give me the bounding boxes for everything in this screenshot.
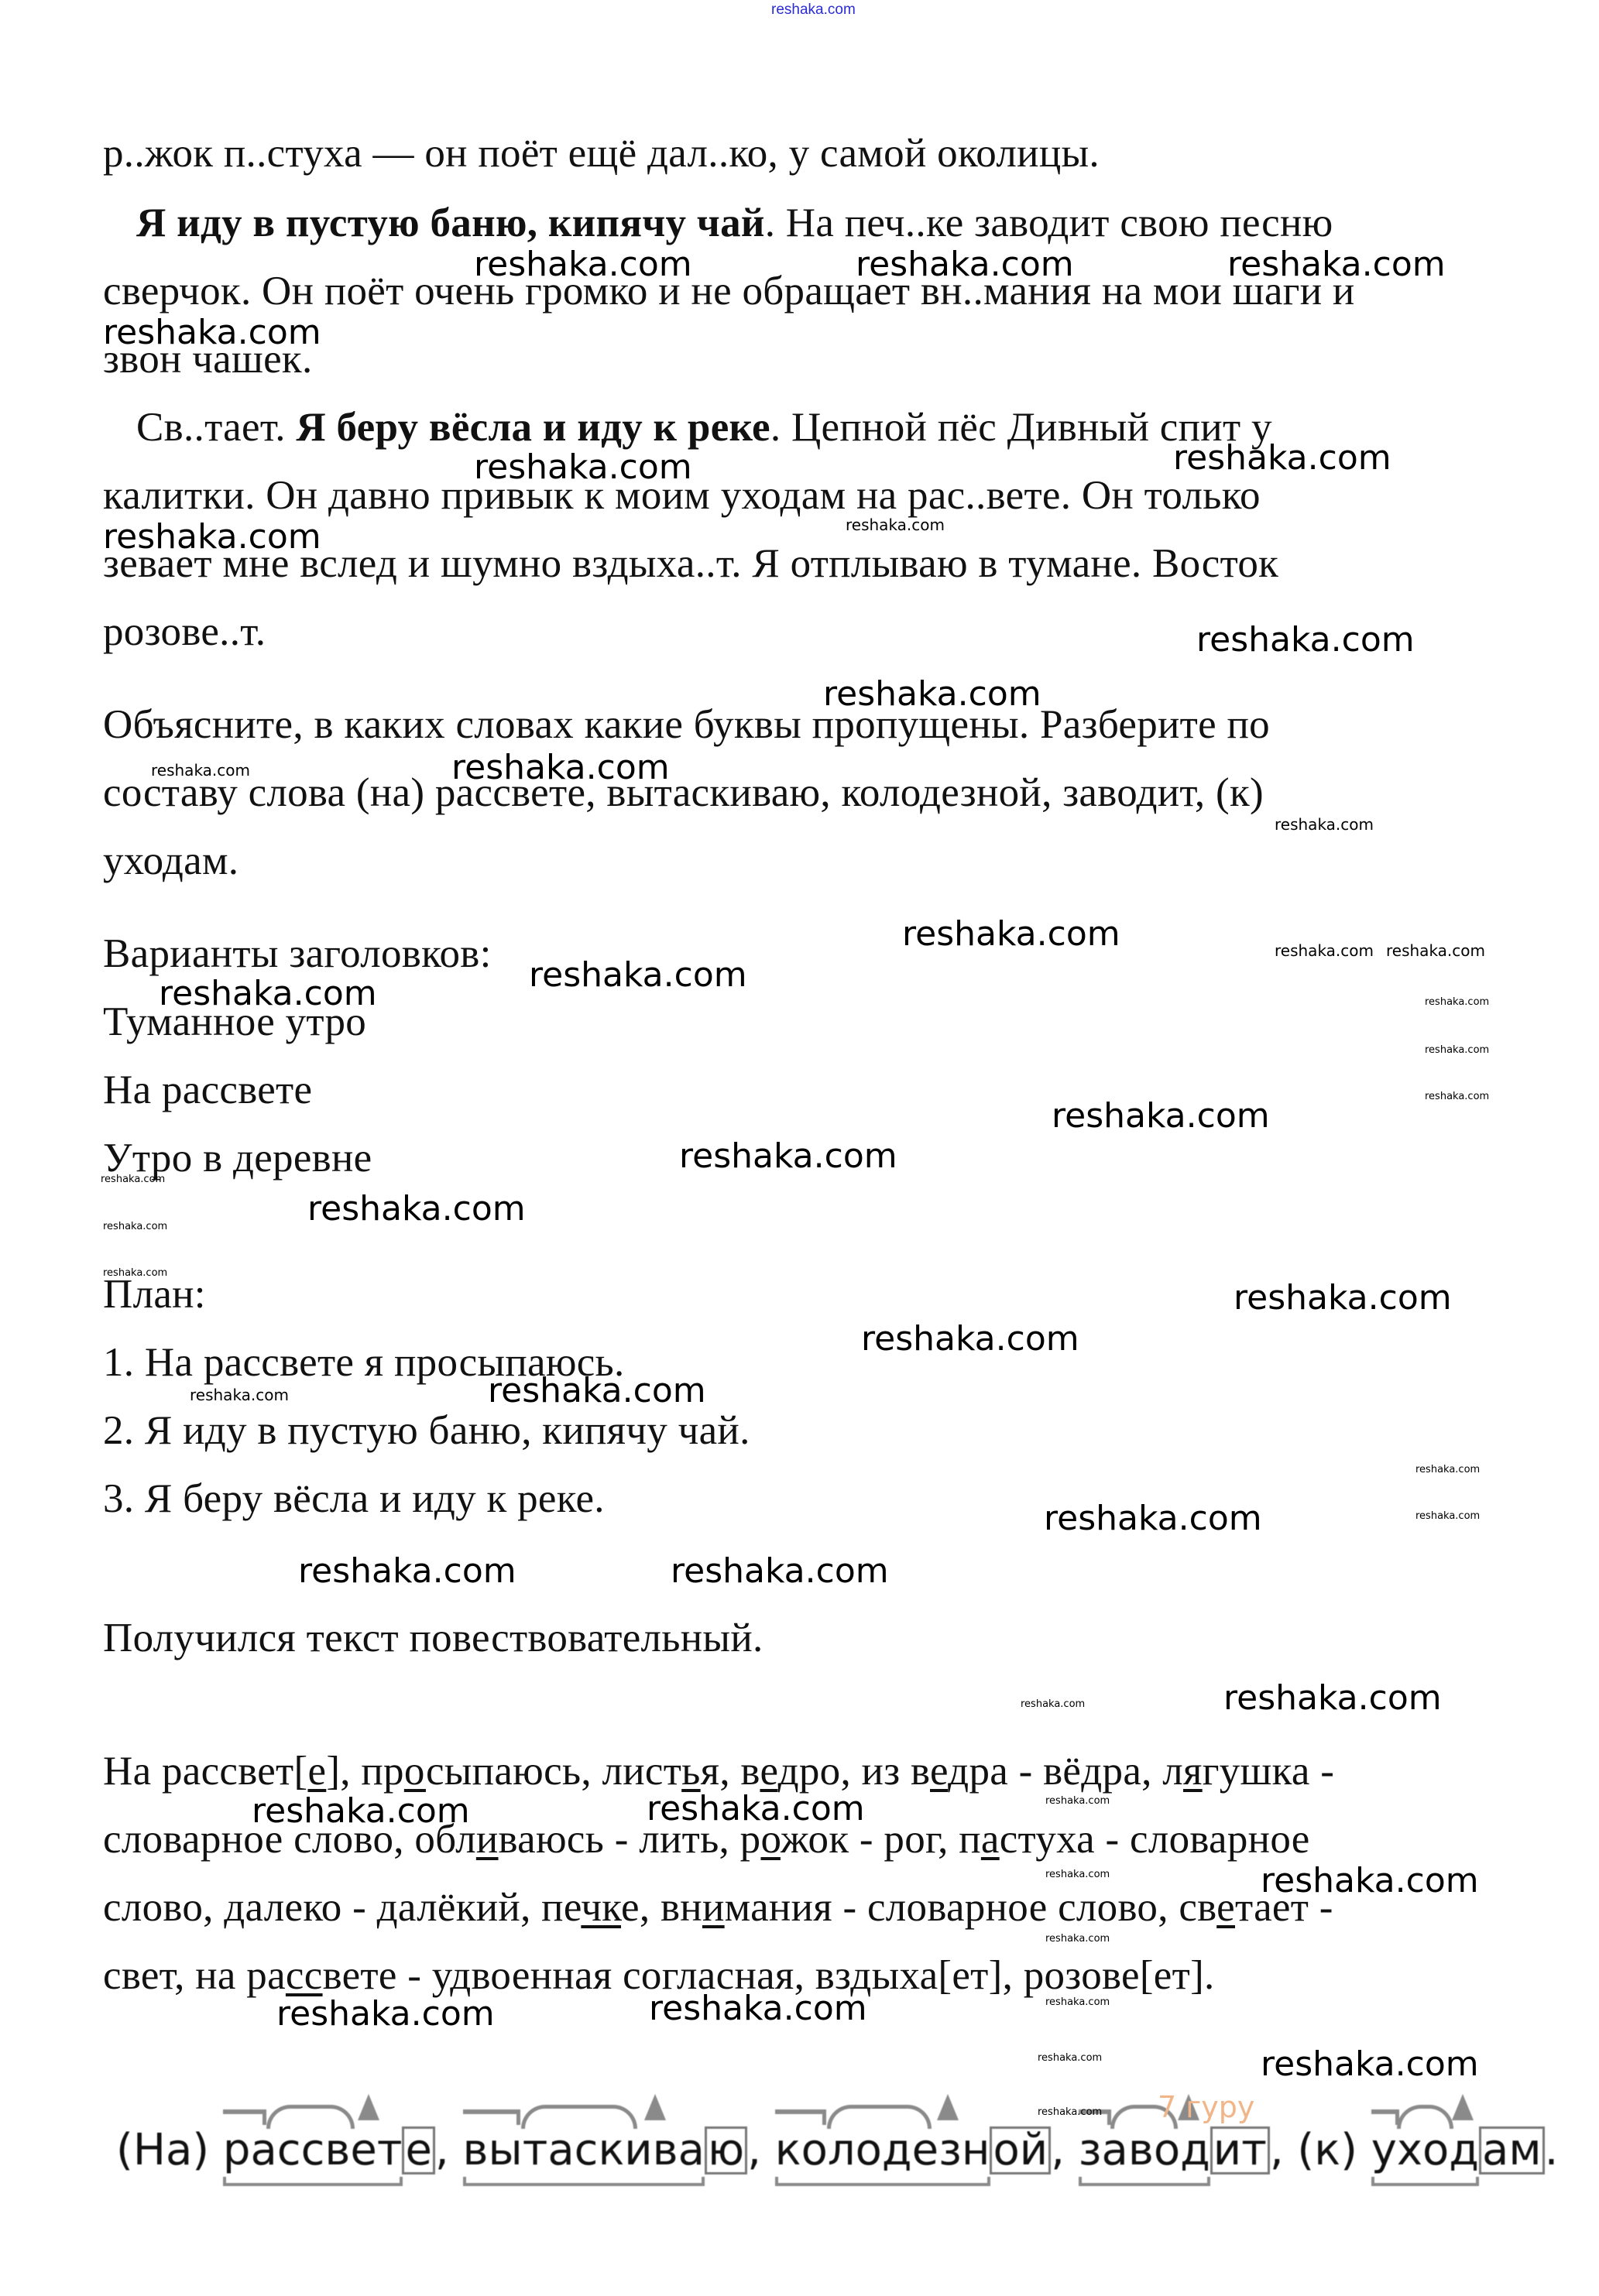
stem-mark xyxy=(463,2177,705,2186)
task-line-3: уходам. xyxy=(103,841,238,882)
word-ending: е xyxy=(402,2126,434,2174)
underlined-letter: и xyxy=(476,1817,499,1862)
watermark: reshaka.com xyxy=(647,1792,865,1826)
story-line-1: р..жок п..стуха — он поёт ещё дал..ко, у… xyxy=(103,133,1100,174)
separator: , xyxy=(1270,2125,1298,2175)
watermark: reshaka.com xyxy=(529,958,747,992)
watermark: reshaka.com xyxy=(1425,1091,1489,1102)
watermark: reshaka.com xyxy=(1196,623,1415,657)
watermark: reshaka.com xyxy=(1227,248,1446,282)
watermark: reshaka.com xyxy=(252,1794,470,1828)
watermark: reshaka.com xyxy=(1021,1699,1085,1709)
underlined-letter: я xyxy=(1183,1749,1203,1794)
watermark: reshaka.com xyxy=(856,248,1074,282)
watermark: reshaka.com xyxy=(846,517,945,533)
underlined-letter: сс xyxy=(286,1953,323,1998)
parsed-word: вытаскиваю xyxy=(463,2125,748,2175)
task-line-2: составу слова (на) рассвете, вытаскиваю,… xyxy=(103,773,1264,814)
parsed-word: уходам xyxy=(1371,2125,1545,2175)
analysis-line: слово, далеко - далёкий, печке, внимания… xyxy=(103,1887,1333,1928)
prefix-mark xyxy=(775,2109,826,2125)
suffix-mark xyxy=(358,2094,379,2120)
word-stem: рассвет xyxy=(223,2125,403,2175)
analysis-line: На рассвет[е], просыпаюсь, листья, ведро… xyxy=(103,1751,1334,1792)
watermark: reshaka.com xyxy=(451,751,670,785)
stem-mark xyxy=(775,2177,990,2186)
watermark: reshaka.com xyxy=(474,248,692,282)
watermark: reshaka.com xyxy=(1045,1934,1110,1944)
watermark: reshaka.com xyxy=(298,1554,516,1588)
title-option: На рассвете xyxy=(103,1070,312,1111)
watermark: reshaka.com xyxy=(1261,2048,1479,2082)
analysis-text: На рассвет[ xyxy=(103,1749,307,1794)
word-ending: ю xyxy=(705,2126,747,2174)
watermark: reshaka.com xyxy=(1415,1511,1480,1521)
word-ending: ой xyxy=(990,2126,1051,2174)
prefix-mark xyxy=(463,2109,520,2125)
watermark: reshaka.com xyxy=(649,1992,867,2026)
watermark: reshaka.com xyxy=(1275,943,1374,958)
task-line-1: Объясните, в каких словах какие буквы пр… xyxy=(103,704,1270,745)
parsed-word: колодезной xyxy=(775,2125,1051,2175)
watermark: reshaka.com xyxy=(1425,1045,1489,1055)
titles-heading: Варианты заголовков: xyxy=(103,934,492,975)
bold-sentence: Я беру вёсла и иду к реке xyxy=(296,405,770,450)
analysis-text: сыпаюсь, лист xyxy=(426,1749,681,1794)
watermark: reshaka.com xyxy=(1052,1099,1270,1133)
root-mark xyxy=(266,2105,355,2129)
watermark: reshaka.com xyxy=(1038,2053,1102,2063)
prefix-mark xyxy=(223,2109,266,2125)
stem-mark xyxy=(1079,2177,1210,2186)
watermark: reshaka.com xyxy=(1045,1796,1110,1806)
story-paragraph-3: Св..тает. Я беру вёсла и иду к реке. Цеп… xyxy=(136,407,1272,448)
watermark: reshaka.com xyxy=(1234,1281,1452,1315)
word-ending: ит xyxy=(1210,2126,1270,2174)
underlined-letter: и xyxy=(702,1885,725,1930)
separator: , xyxy=(435,2125,463,2175)
underlined-letter: е xyxy=(1216,1885,1235,1930)
analysis-text: свет, на ра xyxy=(103,1953,286,1998)
preposition: (к) xyxy=(1297,2125,1371,2175)
watermark: reshaka.com xyxy=(861,1322,1079,1356)
underlined-letter: чк xyxy=(581,1885,621,1930)
conclusion-text: Получился текст повествовательный. xyxy=(103,1618,763,1659)
watermark: reshaka.com xyxy=(307,1192,526,1226)
watermark: reshaka.com xyxy=(276,1997,495,2031)
watermark: reshaka.com xyxy=(1044,1502,1262,1536)
watermark: reshaka.com xyxy=(159,977,377,1011)
watermark: reshaka.com xyxy=(1261,1864,1479,1898)
stem-mark xyxy=(1371,2177,1479,2186)
word-ending: ам xyxy=(1479,2126,1545,2174)
underlined-letter: е xyxy=(760,1749,777,1794)
watermark: reshaka.com xyxy=(151,762,250,778)
root-mark xyxy=(521,2105,637,2129)
watermark: reshaka.com xyxy=(1386,943,1485,958)
bold-sentence: Я иду в пустую баню, кипячу чай xyxy=(136,200,765,245)
prefix-mark xyxy=(1371,2109,1399,2125)
watermark: reshaka.com xyxy=(823,677,1041,711)
underlined-letter: ь xyxy=(681,1749,700,1794)
story-text: . На печ..ке заводит свою песню xyxy=(765,200,1333,245)
parsed-word: заводит xyxy=(1079,2125,1270,2175)
underlined-letter: о xyxy=(404,1749,426,1794)
watermark: reshaka.com xyxy=(1425,997,1489,1007)
root-mark xyxy=(827,2105,932,2129)
separator: , xyxy=(1051,2125,1079,2175)
analysis-text: слово, далеко - далёкий, пе xyxy=(103,1885,581,1930)
watermark: reshaka.com xyxy=(1275,817,1374,832)
watermark: reshaka.com xyxy=(190,1387,289,1403)
parsed-word: рассвете xyxy=(223,2125,435,2175)
site-watermark-top: reshaka.com xyxy=(771,2,856,19)
story-line-8: розове..т. xyxy=(103,612,266,653)
word-stem: колодезн xyxy=(775,2125,990,2175)
analysis-text: дро, из в xyxy=(778,1749,930,1794)
story-paragraph-2: Я иду в пустую баню, кипячу чай. На печ.… xyxy=(136,203,1333,244)
analysis-text: ], пр xyxy=(326,1749,404,1794)
separator: . xyxy=(1545,2125,1559,2175)
overlay-label: 7 гуру xyxy=(1158,2090,1254,2124)
watermark: reshaka.com xyxy=(1045,1869,1110,1880)
watermark: reshaka.com xyxy=(1045,1997,1110,2007)
watermark: reshaka.com xyxy=(1415,1465,1480,1475)
stem-mark xyxy=(223,2177,403,2186)
separator: , xyxy=(747,2125,775,2175)
analysis-text: дра - вёдра, л xyxy=(948,1749,1183,1794)
watermark: reshaka.com xyxy=(679,1139,897,1174)
plan-item: 2. Я иду в пустую баню, кипячу чай. xyxy=(103,1410,750,1451)
word-stem: уход xyxy=(1371,2125,1479,2175)
analysis-text: стуха - словарное xyxy=(1000,1817,1310,1862)
analysis-text: я, в xyxy=(701,1749,760,1794)
watermark: reshaka.com xyxy=(101,1174,165,1184)
suffix-mark xyxy=(1452,2094,1474,2120)
watermark: reshaka.com xyxy=(1038,2107,1102,2117)
underlined-letter: е xyxy=(307,1749,326,1794)
watermark: reshaka.com xyxy=(474,451,692,485)
story-text: Св..тает. xyxy=(136,405,296,450)
root-mark xyxy=(1397,2105,1453,2129)
story-line-3: сверчок. Он поёт очень громко и не обращ… xyxy=(103,271,1355,312)
watermark: reshaka.com xyxy=(103,1268,167,1278)
analysis-text: е, вн xyxy=(621,1885,702,1930)
word-stem: вытаскива xyxy=(463,2125,705,2175)
watermark: reshaka.com xyxy=(103,520,321,554)
underlined-letter: а xyxy=(981,1817,1000,1862)
watermark: reshaka.com xyxy=(103,316,321,350)
analysis-text: мания - словарное слово, св xyxy=(725,1885,1217,1930)
watermark: reshaka.com xyxy=(671,1554,889,1588)
underlined-letter: е xyxy=(930,1749,948,1794)
word-stem: завод xyxy=(1079,2125,1210,2175)
plan-item: 3. Я беру вёсла и иду к реке. xyxy=(103,1479,605,1520)
suffix-mark xyxy=(937,2094,959,2120)
watermark: reshaka.com xyxy=(488,1374,706,1408)
watermark: reshaka.com xyxy=(902,917,1120,951)
morphemic-parse-figure: (На) рассвете, вытаскиваю, колодезной, з… xyxy=(116,2125,1558,2175)
analysis-text: гушка - xyxy=(1203,1749,1335,1794)
watermark: reshaka.com xyxy=(1173,441,1391,475)
watermark: reshaka.com xyxy=(103,1222,167,1232)
plan-heading: План: xyxy=(103,1274,206,1315)
watermark: reshaka.com xyxy=(1223,1681,1442,1715)
preposition: (На) xyxy=(116,2125,223,2175)
suffix-mark xyxy=(644,2094,666,2120)
